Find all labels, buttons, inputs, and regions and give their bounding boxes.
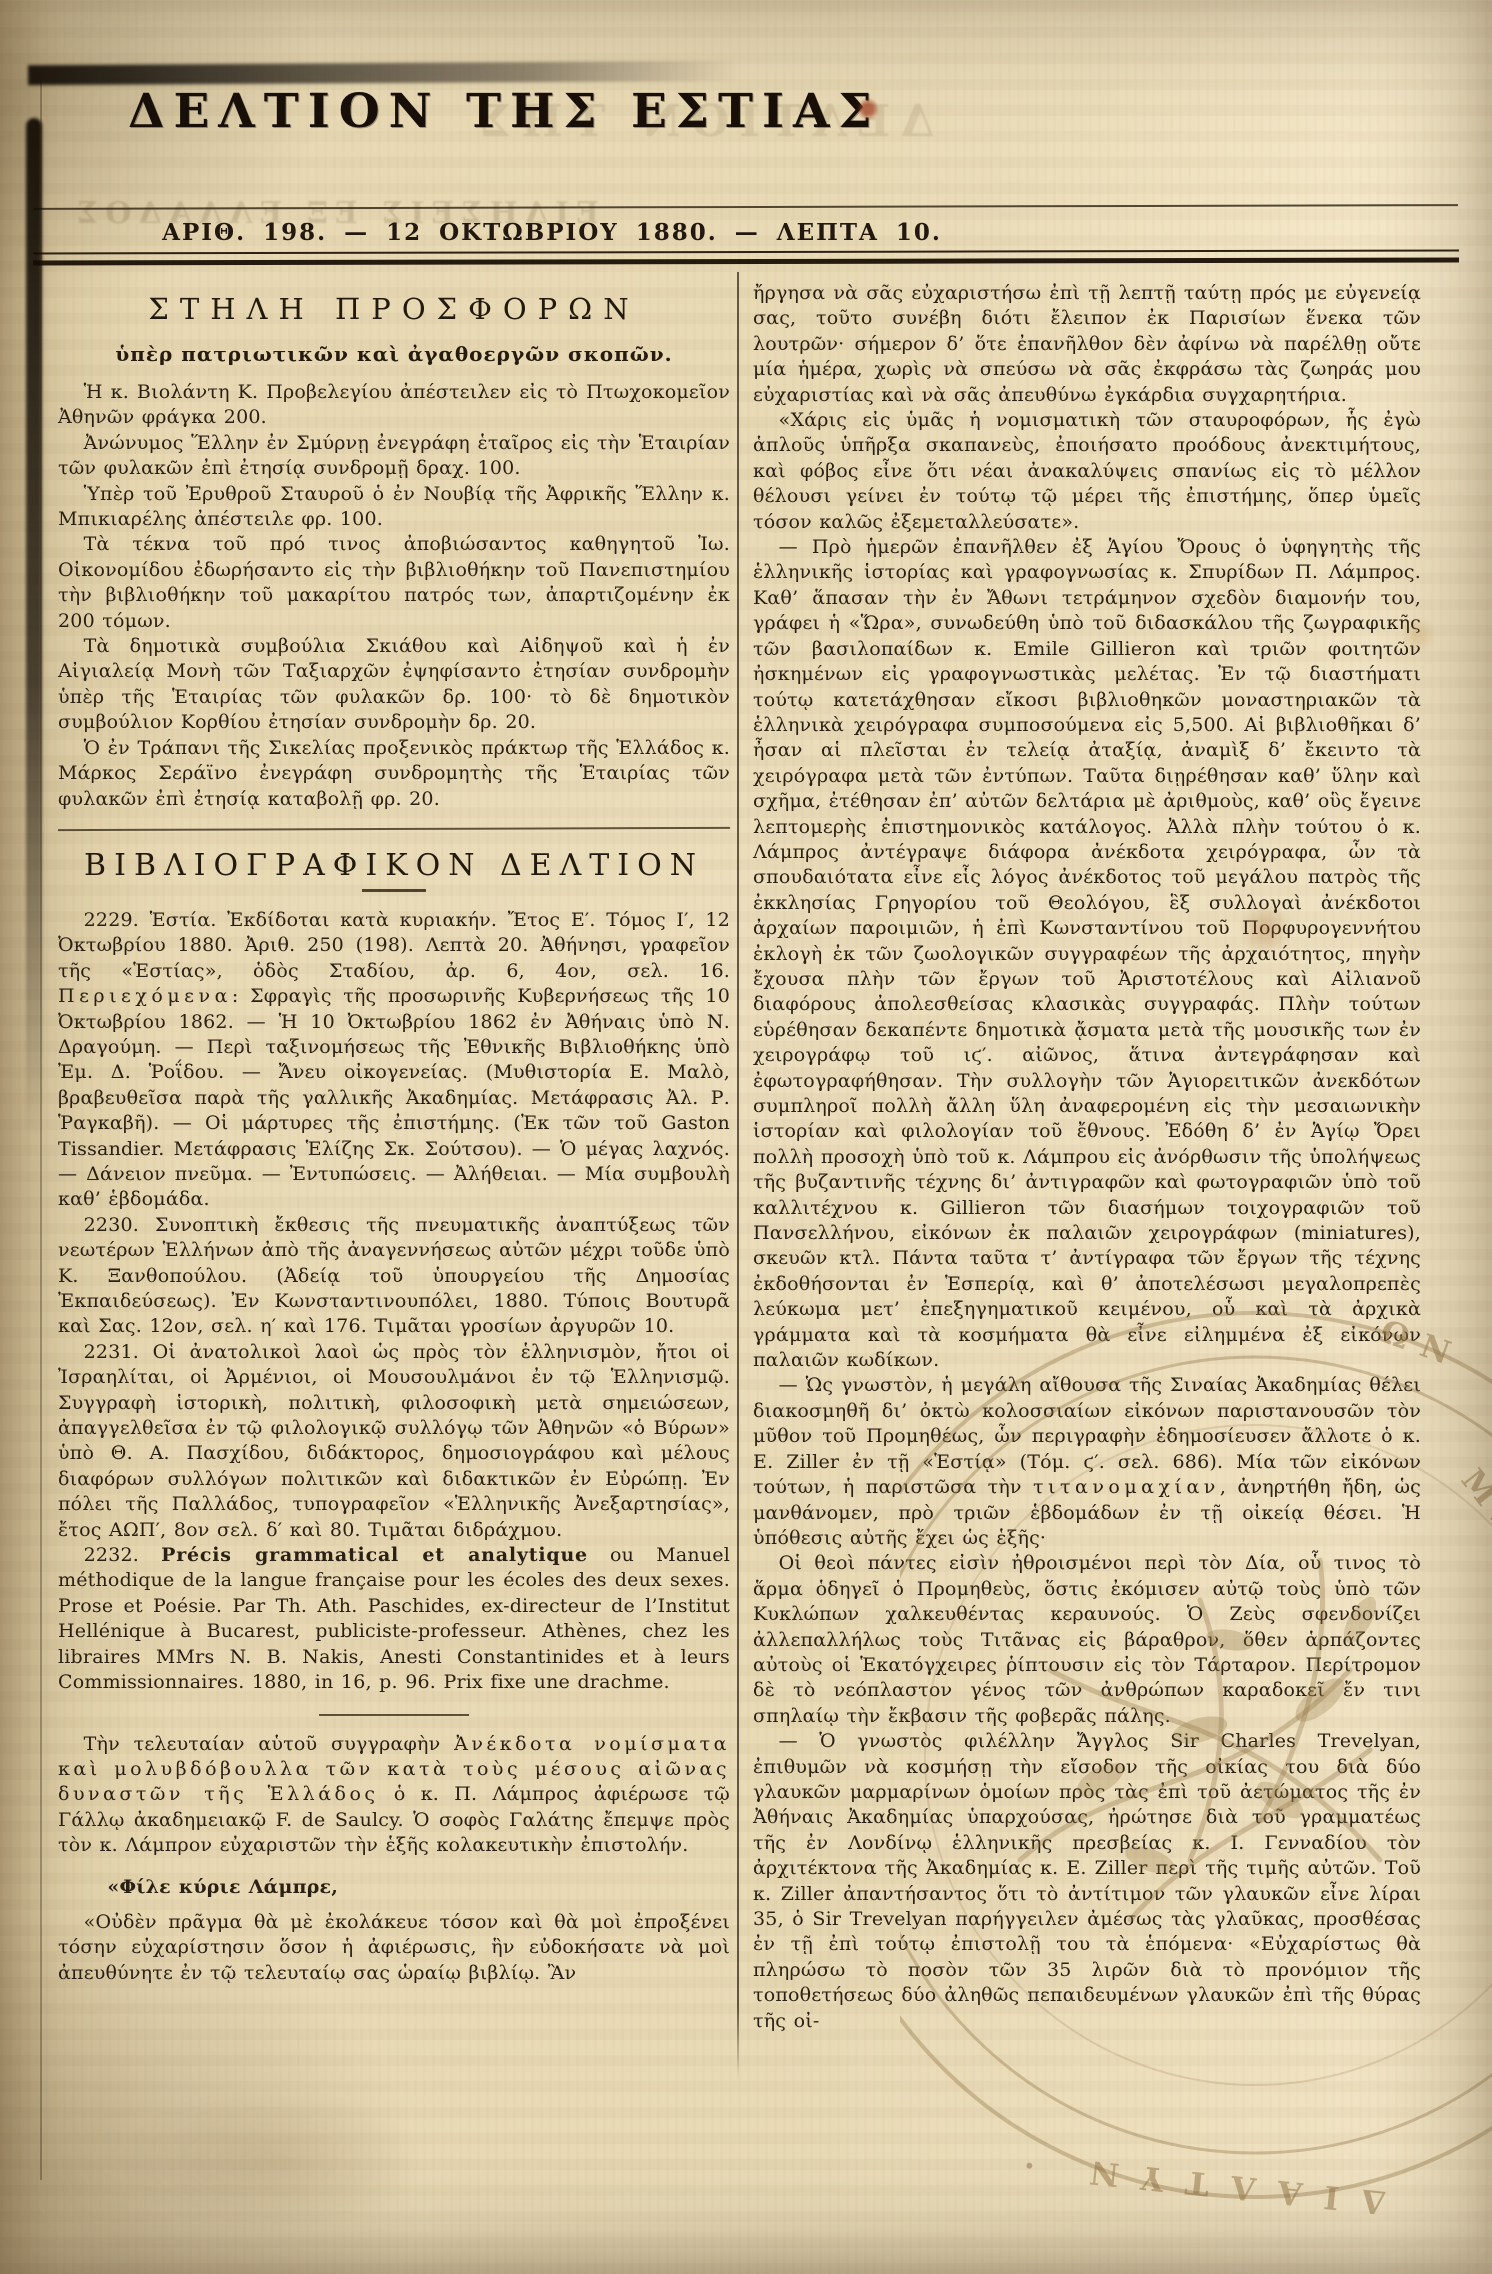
column-divider-rule [737,272,739,2078]
dedication-text: Τὴν τελευταίαν αὑτοῦ συγγραφὴν [84,1733,454,1755]
letter-closing-paragraph: «Χάρις εἰς ὑμᾶς ἡ νομισματικὴ τῶν σταυρο… [753,408,1421,535]
letter-opening-paragraph: «Οὐδὲν πρᾶγμα θὰ μὲ ἐκολάκευε τόσον καὶ … [58,1910,730,1986]
masthead-rule [34,204,1458,210]
letter-continuation-paragraph: ἤργησα νὰ σᾶς εὐχαριστήσω ἐπὶ τῇ λεπτῇ τ… [753,281,1421,408]
entry-text: : Σφραγὶς τῆς προσωρινῆς Κυβερνήσεως τῆς… [58,985,730,1210]
bibliography-entry-2230: 2230. Συνοπτικὴ ἔκθεσις τῆς πνευματικῆς … [58,1213,730,1340]
bibliography-section-heading: ΒΙΒΛΙΟΓΡΑΦΙΚΟΝ ΔΕΛΤΙΟΝ [58,848,730,883]
entry-text: ou Manuel méthodique de la langue frança… [58,1544,730,1693]
offer-paragraph: Ὁ ἐν Τράπανι τῆς Σικελίας προξενικὸς πρά… [58,736,730,812]
entry-french-title: Précis grammatical et analytique [161,1544,588,1566]
offer-paragraph: Ἀνώνυμος Ἕλλην ἐν Σμύρνῃ ἐνεγράφη ἑταῖρο… [58,431,730,482]
stamp-letter-fragment: ΔΙΑΛΤΥΝ · [1000,2144,1388,2222]
heading-dash-ornament [362,889,426,892]
sinaia-academy-paragraph: — Ὡς γνωστὸν, ἡ μεγάλη αἴθουσα τῆς Σιναί… [753,1373,1421,1551]
section-divider-rule [58,827,730,831]
entry-spaced-word: Περιεχόμενα [58,985,232,1007]
bibliography-entry-2229: 2229. Ἑστία. Ἐκδίδοται κατὰ κυριακήν. Ἔτ… [58,908,730,1213]
entry-text: 2229. Ἑστία. Ἐκδίδοται κατὰ κυριακήν. Ἔτ… [58,909,730,982]
offer-paragraph: Τὰ δημοτικὰ συμβούλια Σκιάθου καὶ Αἰδηψο… [58,634,730,736]
bibliography-entry-2231: 2231. Οἱ ἀνατολικοὶ λαοὶ ὡς πρὸς τὸν ἑλλ… [58,1340,730,1543]
entry-number: 2232. [84,1544,161,1566]
newspaper-page: ΔΕΛΤΙΟΝ ΤΗΣ ΕΙΔΗΣΕΙΣ ΕΞ ΕΛΛΑΔΟΣ ΔΕΛΤΙΟΝ … [0,0,1492,2274]
offer-paragraph: Ὑπὲρ τοῦ Ἐρυθροῦ Σταυροῦ ὁ ἐν Νουβίᾳ τῆς… [58,482,730,533]
letter-salutation: «Φίλε κύριε Λάμπρε, [58,1875,730,1900]
scan-edge-top [28,61,740,85]
paper-stain [120,2090,420,2230]
dedication-paragraph: Τὴν τελευταίαν αὑτοῦ συγγραφὴν Ἀνέκδοτα … [58,1732,730,1859]
offers-section-heading: ΣΤΗΛΗ ΠΡΟΣΦΟΡΩΝ [58,292,730,326]
header-double-rule [33,250,1459,266]
news-spaced-word: τιτανομαχίαν [1033,1476,1220,1498]
left-column: ΣΤΗΛΗ ΠΡΟΣΦΟΡΩΝ ὑπὲρ πατριωτικῶν καὶ ἀγα… [58,292,730,1986]
issue-line: ΑΡΙΘ. 198. — 12 ΟΚΤΩΒΡΙΟΥ 1880. — ΛΕΠΤΑ … [0,219,1104,246]
offer-paragraph: Ἡ κ. Βιολάντη Κ. Προβελεγίου ἀπέστειλεν … [58,380,730,431]
offers-section-subheading: ὑπὲρ πατριωτικῶν καὶ ἀγαθοεργῶν σκοπῶν. [58,342,730,366]
stamp-letter-fragment: ΜΕΛ [1454,1462,1492,1580]
right-column: ἤργησα νὰ σᾶς εὐχαριστήσω ἐπὶ τῇ λεπτῇ τ… [753,281,1421,2034]
bibliography-entry-2232: 2232. Précis grammatical et analytique o… [58,1543,730,1695]
trevelyan-news-paragraph: — Ὁ γνωστὸς φιλέλλην Ἄγγλος Sir Charles … [753,1729,1421,2034]
entry-divider-rule [319,1714,469,1716]
scan-edge-left [26,118,42,1138]
athos-report-paragraph: — Πρὸ ἡμερῶν ἐπανῆλθεν ἐξ Ἁγίου Ὄρους ὁ … [753,535,1421,1373]
offer-paragraph: Τὰ τέκνα τοῦ πρό τινος ἀποβιώσαντος καθη… [58,532,730,634]
masthead-title: ΔΕΛΤΙΟΝ ΤΗΣ ΕΣΤΙΑΣ [128,84,881,139]
prometheus-myth-paragraph: Οἱ θεοὶ πάντες εἰσὶν ἠθροισμένοι περὶ τὸ… [753,1551,1421,1729]
